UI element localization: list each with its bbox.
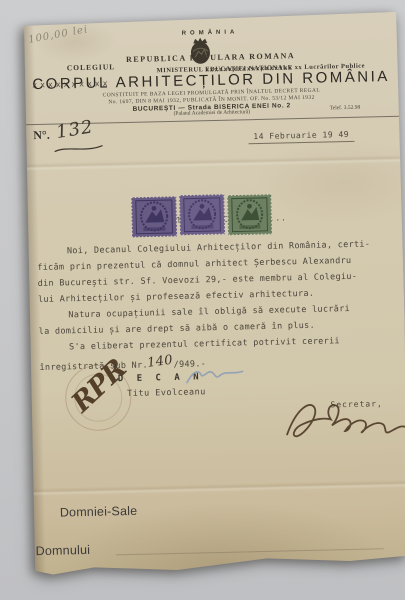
certificate-paper: 100,00 lei ROMÂNIA REPUBLICA POPULARA RO… <box>22 12 405 582</box>
registration-number-handwritten: 140 <box>147 353 174 371</box>
phone-number: Telef. 3.52.98 <box>330 105 361 112</box>
title-word-corpul: CORPULxxxxxxxxxxxx <box>32 74 110 93</box>
fiscal-stamp-green <box>227 194 273 236</box>
number-value-handwritten: 132 <box>55 116 95 143</box>
secretar-signature <box>280 390 405 450</box>
number-underline-stroke <box>52 140 104 159</box>
addressee-line-1: Domniei-Sale <box>60 504 138 520</box>
paper-shadow: 100,00 lei ROMÂNIA REPUBLICA POPULARA RO… <box>0 0 405 600</box>
fiscal-stamp-violet-1 <box>131 196 178 238</box>
colegiul-overtype: COLEGIUL <box>67 62 116 72</box>
addressee-line-2: Domnului <box>36 543 91 558</box>
corpul-strike-xs: xxxxxxxxxxxx <box>32 79 110 90</box>
certificate-body: Noi, Decanul Colegiului Arhitecților din… <box>37 239 396 375</box>
fold-crease-bottom <box>32 480 405 497</box>
registration-prefix: înregistrată sub Nr. <box>39 361 148 373</box>
fiscal-stamp-violet-2 <box>179 194 226 236</box>
number-label: N°. <box>33 128 50 143</box>
registration-suffix: /949.- <box>173 359 206 370</box>
document-photo: 100,00 lei ROMÂNIA REPUBLICA POPULARA RO… <box>0 0 405 600</box>
addressee-fill-line <box>116 548 384 555</box>
date-line: 14 Februarie 19 49 <box>248 130 354 144</box>
